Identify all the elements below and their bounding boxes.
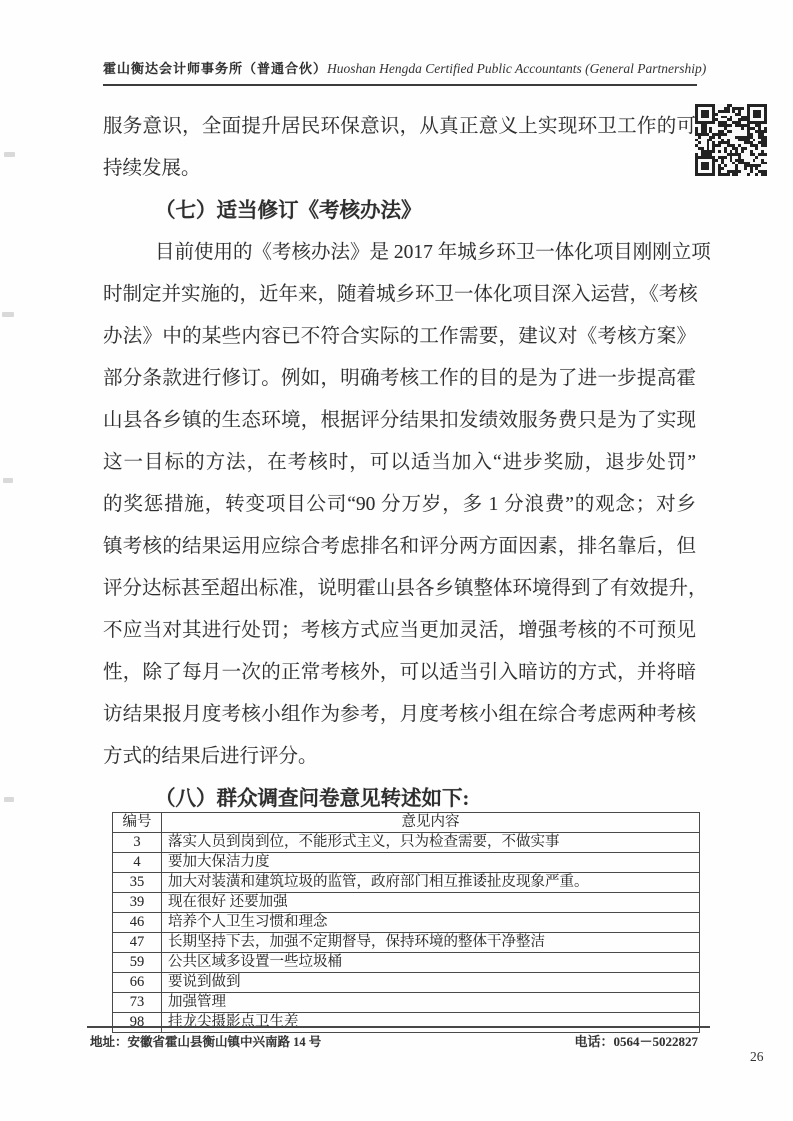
body-line: 评分达标甚至超出标准，说明霍山县各乡镇整体环境得到了有效提升， <box>103 568 696 610</box>
table-row: 73 加强管理 <box>113 993 700 1013</box>
row-id-cell: 73 <box>113 993 162 1013</box>
table-row: 39 现在很好 还要加强 <box>113 893 700 913</box>
table-row: 46 培养个人卫生习惯和理念 <box>113 913 700 933</box>
row-content-cell: 要说到做到 <box>162 973 700 993</box>
row-content-cell: 挂龙尖摄影点卫生差 <box>162 1013 700 1033</box>
row-id-cell: 46 <box>113 913 162 933</box>
row-content-cell: 加强管理 <box>162 993 700 1013</box>
row-id-cell: 59 <box>113 953 162 973</box>
row-id-cell: 47 <box>113 933 162 953</box>
page-number: 26 <box>750 1049 764 1065</box>
body-line: 的奖惩措施，转变项目公司“90 分万岁，多 1 分浪费”的观念；对乡 <box>103 484 696 526</box>
letterhead: 霍山衡达会计师事务所（普通合伙） Huoshan Hengda Certifie… <box>103 58 697 86</box>
table-header-id: 编号 <box>113 813 162 833</box>
footer-divider <box>87 1026 710 1028</box>
body-line: 访结果报月度考核小组作为参考，月度考核小组在综合考虑两种考核 <box>103 694 696 736</box>
row-id-cell: 4 <box>113 853 162 873</box>
body-line: 时制定并实施的，近年来，随着城乡环卫一体化项目深入运营，《考核 <box>103 274 696 316</box>
row-content-cell: 长期坚持下去，加强不定期督导，保持环境的整体干净整洁 <box>162 933 700 953</box>
row-id-cell: 39 <box>113 893 162 913</box>
body-line: 部分条款进行修订。例如，明确考核工作的目的是为了进一步提高霍 <box>103 358 696 400</box>
row-id-cell: 3 <box>113 833 162 853</box>
body-line: 办法》中的某些内容已不符合实际的工作需要，建议对《考核方案》 <box>103 316 696 358</box>
table-row: 3 落实人员到岗到位，不能形式主义，只为检查需要，不做实事 <box>113 833 700 853</box>
row-content-cell: 落实人员到岗到位，不能形式主义，只为检查需要，不做实事 <box>162 833 700 853</box>
scan-artifact <box>3 478 13 483</box>
table-row: 47 长期坚持下去，加强不定期督导，保持环境的整体干净整洁 <box>113 933 700 953</box>
row-content-cell: 现在很好 还要加强 <box>162 893 700 913</box>
body-line: 目前使用的《考核办法》是 2017 年城乡环卫一体化项目刚刚立项 <box>103 232 696 274</box>
footer-address: 地址：安徽省霍山县衡山镇中兴南路 14 号 <box>90 1032 321 1050</box>
scan-artifact <box>4 152 15 157</box>
table-header-row: 编号 意见内容 <box>113 813 700 833</box>
row-content-cell: 培养个人卫生习惯和理念 <box>162 913 700 933</box>
table-row: 66 要说到做到 <box>113 973 700 993</box>
body-line: 方式的结果后进行评分。 <box>103 736 696 778</box>
row-content-cell: 加大对装潢和建筑垃圾的监管，政府部门相互推诿扯皮现象严重。 <box>162 873 700 893</box>
body-line: 不应当对其进行处罚；考核方式应当更加灵活，增强考核的不可预见 <box>103 610 696 652</box>
company-name-chinese: 霍山衡达会计师事务所（普通合伙） <box>103 58 327 77</box>
body-line: 性，除了每月一次的正常考核外，可以适当引入暗访的方式，并将暗 <box>103 652 696 694</box>
section-heading-7: （七）适当修订《考核办法》 <box>103 190 696 232</box>
scan-artifact <box>2 312 14 317</box>
row-id-cell: 98 <box>113 1013 162 1033</box>
scan-artifact <box>4 797 14 802</box>
body-line: 镇考核的结果运用应综合考虑排名和评分两方面因素，排名靠后，但 <box>103 526 696 568</box>
table-row: 98 挂龙尖摄影点卫生差 <box>113 1013 700 1033</box>
qr-code-icon <box>695 104 767 176</box>
table-row: 59 公共区域多设置一些垃圾桶 <box>113 953 700 973</box>
footer-phone: 电话：0564－5022827 <box>574 1031 698 1050</box>
table-row: 35 加大对装潢和建筑垃圾的监管，政府部门相互推诿扯皮现象严重。 <box>113 873 700 893</box>
body-line: 山县各乡镇的生态环境，根据评分结果扣发绩效服务费只是为了实现 <box>103 400 696 442</box>
row-id-cell: 66 <box>113 973 162 993</box>
row-content-cell: 要加大保洁力度 <box>162 853 700 873</box>
body-line: 这一目标的方法，在考核时，可以适当加入“进步奖励，退步处罚” <box>103 442 696 484</box>
body-line: 服务意识，全面提升居民环保意识，从真正意义上实现环卫工作的可 <box>103 106 696 148</box>
table-header-content: 意见内容 <box>162 813 700 833</box>
footer: 地址：安徽省霍山县衡山镇中兴南路 14 号 电话：0564－5022827 <box>90 1031 698 1050</box>
table-row: 4 要加大保洁力度 <box>113 853 700 873</box>
opinion-table: 编号 意见内容 3 落实人员到岗到位，不能形式主义，只为检查需要，不做实事 4 … <box>112 812 700 1033</box>
document-body: 服务意识，全面提升居民环保意识，从真正意义上实现环卫工作的可 持续发展。 （七）… <box>103 106 696 820</box>
row-id-cell: 35 <box>113 873 162 893</box>
company-name-english: Huoshan Hengda Certified Public Accounta… <box>327 61 706 77</box>
row-content-cell: 公共区域多设置一些垃圾桶 <box>162 953 700 973</box>
body-line: 持续发展。 <box>103 148 696 190</box>
scanned-document-page: 霍山衡达会计师事务所（普通合伙） Huoshan Hengda Certifie… <box>0 0 793 1121</box>
